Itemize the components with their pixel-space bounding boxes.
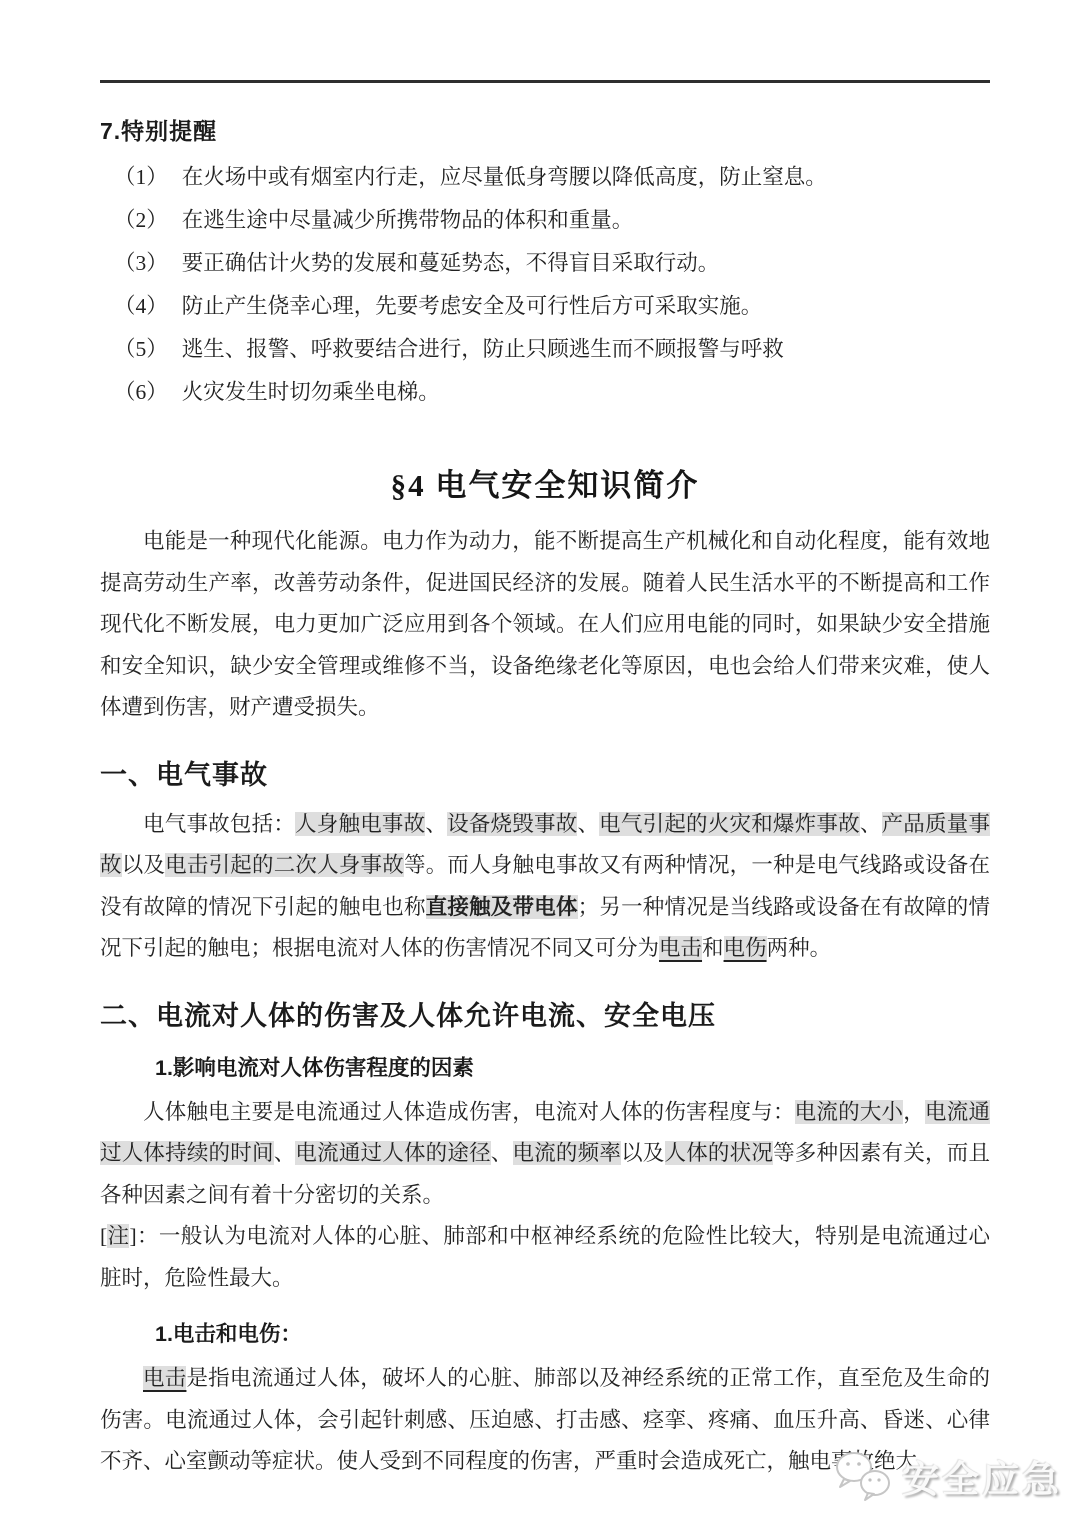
text-segment: 设备烧毁事故 [447,812,577,836]
chapter-title: §4 电气安全知识简介 [100,460,990,505]
text-segment: 电伤 [724,936,767,960]
text-segment: 直接触及带电体 [426,895,578,919]
text-segment: 人体触电主要是电流通过人体造成伤害，电流对人体的伤害程度与： [143,1100,795,1124]
top-divider [100,80,990,83]
item-text: 火灾发生时切勿乘坐电梯。 [182,371,440,414]
text-segment: 、 [860,812,882,836]
reminder-item: （5）逃生、报警、呼救要结合进行，防止只顾逃生而不顾报警与呼救 [114,328,990,371]
text-segment: 电击 [143,1366,186,1390]
text-segment: 人身触电事故 [295,812,425,836]
document-page: 7.特别提醒 （1）在火场中或有烟室内行走，应尽量低身弯腰以降低高度，防止窒息。… [0,0,1080,1527]
text-segment: 以及 [621,1141,664,1165]
item-marker: （3） [114,242,168,285]
text-segment: 两种。 [767,936,832,960]
item-marker: （1） [114,156,168,199]
item-text: 要正确估计火势的发展和蔓延势态，不得盲目采取行动。 [182,242,720,285]
item-marker: （6） [114,371,168,414]
text-segment: 电气事故包括： [143,812,295,836]
note-paragraph: [注]：一般认为电流对人体的心脏、肺部和中枢神经系统的危险性比较大，特别是电流通… [100,1216,990,1299]
text-segment: 和 [702,936,724,960]
item-text: 在火场中或有烟室内行走，应尽量低身弯腰以降低高度，防止窒息。 [182,156,827,199]
text-segment: 电击引起的二次人身事故 [165,853,404,877]
text-segment: 人体的状况 [665,1141,774,1165]
item-text: 防止产生侥幸心理，先要考虑安全及可行性后方可采取实施。 [182,285,763,328]
chapter-intro-paragraph: 电能是一种现代化能源。电力作为动力，能不断提高生产机械化和自动化程度，能有效地提… [100,521,990,729]
reminder-item: （1）在火场中或有烟室内行走，应尽量低身弯腰以降低高度，防止窒息。 [114,156,990,199]
text-segment: 电流通过人体的途径 [295,1141,490,1165]
text-segment: 电击 [659,936,702,960]
section-2-heading: 二、电流对人体的伤害及人体允许电流、安全电压 [100,994,990,1033]
item-marker: （5） [114,328,168,371]
text-segment: 、 [577,812,599,836]
section-7-heading: 7.特别提醒 [100,113,990,146]
item-marker: （2） [114,199,168,242]
wechat-chat-bubbles-icon [832,1450,894,1502]
watermark-text: 安全应急 [902,1449,1062,1503]
text-segment: 以及 [122,853,165,877]
item-text: 在逃生途中尽量减少所携带物品的体积和重量。 [182,199,634,242]
reminder-item: （6）火灾发生时切勿乘坐电梯。 [114,371,990,414]
text-segment: 电气引起的火灾和爆炸事故 [599,812,860,836]
factors-paragraph: 人体触电主要是电流通过人体造成伤害，电流对人体的伤害程度与：电流的大小，电流通过… [100,1092,990,1217]
text-segment: 、 [491,1141,513,1165]
text-segment: 注 [107,1224,129,1248]
reminder-list: （1）在火场中或有烟室内行走，应尽量低身弯腰以降低高度，防止窒息。（2）在逃生途… [100,156,990,414]
sub-heading-factors: 1.影响电流对人体伤害程度的因素 [155,1051,990,1082]
text-segment: ， [903,1100,925,1124]
text-segment: 电流的大小 [795,1100,904,1124]
sub-heading-shock-injury: 1.电击和电伤： [155,1317,990,1348]
text-segment: ]：一般认为电流对人体的心脏、肺部和中枢神经系统的危险性比较大，特别是电流通过心… [100,1224,990,1290]
reminder-item: （3）要正确估计火势的发展和蔓延势态，不得盲目采取行动。 [114,242,990,285]
reminder-item: （2）在逃生途中尽量减少所携带物品的体积和重量。 [114,199,990,242]
text-segment: 、 [425,812,447,836]
text-segment: 、 [274,1141,296,1165]
item-text: 逃生、报警、呼救要结合进行，防止只顾逃生而不顾报警与呼救 [182,328,784,371]
section-1-paragraph: 电气事故包括：人身触电事故、设备烧毁事故、电气引起的火灾和爆炸事故、产品质量事故… [100,804,990,970]
reminder-item: （4）防止产生侥幸心理，先要考虑安全及可行性后方可采取实施。 [114,285,990,328]
text-segment: 电流的频率 [513,1141,622,1165]
watermark-badge: 安全应急 [832,1449,1062,1503]
section-1-heading: 一、电气事故 [100,753,990,792]
item-marker: （4） [114,285,168,328]
